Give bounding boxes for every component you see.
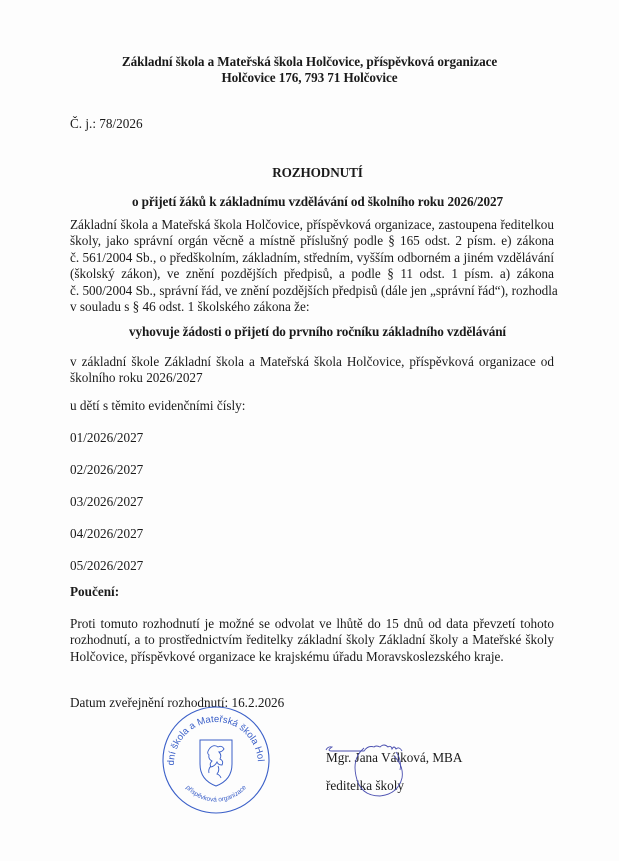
registration-number: 02/2026/2027 <box>70 462 143 478</box>
intro-paragraph: Základní škola a Mateřská škola Holčovic… <box>70 217 554 315</box>
notice-paragraph: Proti tomuto rozhodnutí je možné se odvo… <box>70 616 554 665</box>
notice-line: rozhodnutí, a to prostřednictvím ředitel… <box>70 632 554 648</box>
organization-name: Základní škola a Mateřská škola Holčovic… <box>0 54 619 70</box>
signature-icon <box>318 730 438 800</box>
school-paragraph: v základní škole Základní škola a Mateřs… <box>70 354 554 387</box>
reference-number: Č. j.: 78/2026 <box>70 116 143 132</box>
organization-address: Holčovice 176, 793 71 Holčovice <box>0 70 619 86</box>
handwritten-signature <box>318 730 438 800</box>
notice-line: Proti tomuto rozhodnutí je možné se odvo… <box>70 616 554 632</box>
official-stamp: Základní škola a Mateřská škola Holčovic… <box>160 704 272 816</box>
registration-number: 04/2026/2027 <box>70 526 143 542</box>
intro-line: (školský zákon), ve znění pozdějších pře… <box>70 266 554 282</box>
intro-line: č. 561/2004 Sb., o předškolním, základní… <box>70 250 554 266</box>
decision-statement: vyhovuje žádosti o přijetí do prvního ro… <box>8 324 619 340</box>
svg-text:příspěvková organizace: příspěvková organizace <box>184 784 248 804</box>
children-label: u dětí s těmito evidenčními čísly: <box>70 398 245 414</box>
school-line: školního roku 2026/2027 <box>70 370 554 386</box>
intro-line: č. 500/2004 Sb., správní řád, ve znění p… <box>70 283 554 299</box>
notice-heading: Poučení: <box>70 584 119 600</box>
notice-line: Holčovice, příspěvkové organizace ke kra… <box>70 649 554 665</box>
intro-line: Základní škola a Mateřská škola Holčovic… <box>70 217 554 233</box>
svg-text:Základní škola a Mateřská škol: Základní škola a Mateřská škola Holčovic… <box>160 704 266 766</box>
school-line: v základní škole Základní škola a Mateřs… <box>70 354 554 370</box>
stamp-seal-icon: Základní škola a Mateřská škola Holčovic… <box>160 704 272 816</box>
intro-line: školy, jako správní orgán věcně a místně… <box>70 233 554 249</box>
intro-line: v souladu s § 46 odst. 1 školského zákon… <box>70 299 554 315</box>
document-subtitle: o přijetí žáků k základnímu vzdělávání o… <box>8 194 619 210</box>
registration-number: 01/2026/2027 <box>70 430 143 446</box>
document-page: Základní škola a Mateřská škola Holčovic… <box>0 0 619 861</box>
registration-number: 05/2026/2027 <box>70 558 143 574</box>
registration-number: 03/2026/2027 <box>70 494 143 510</box>
document-title: ROZHODNUTÍ <box>8 165 619 181</box>
